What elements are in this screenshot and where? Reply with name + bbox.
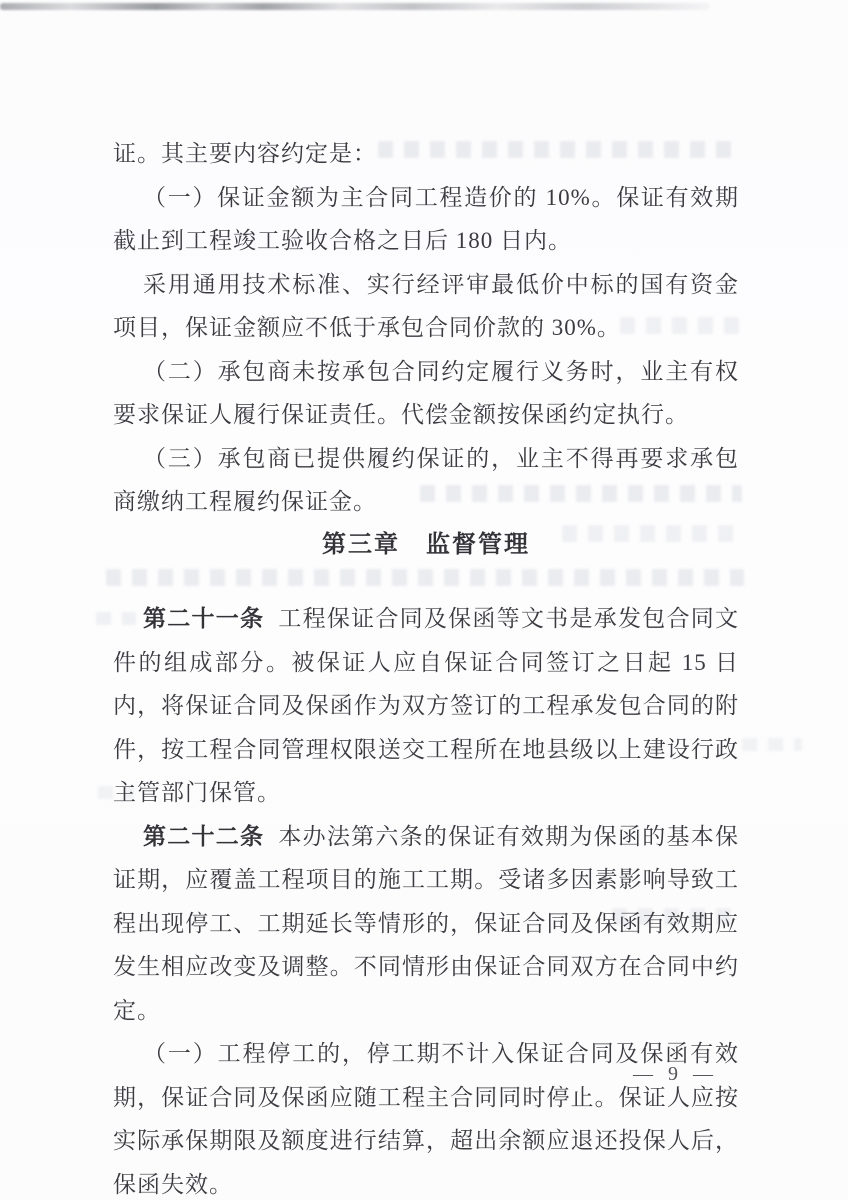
article-number-22: 第二十二条 <box>143 824 264 849</box>
clause-item-4: （三）承包商已提供履约保证的，业主不得再要求承包商缴纳工程履约保证金。 <box>113 437 739 524</box>
scan-smudge-artifact <box>0 3 710 10</box>
chapter-heading: 第三章 监督管理 <box>113 524 739 568</box>
article-number-21: 第二十一条 <box>143 606 264 631</box>
clause-item-3: （二）承包商未按承包合同约定履行义务时，业主有权要求保证人履行保证责任。代偿金额… <box>113 350 739 437</box>
lead-paragraph: 证。其主要内容约定是： <box>113 132 739 176</box>
article-paragraph-21: 第二十一条工程保证合同及保函等文书是承发包合同文件的组成部分。被保证人应自保证合… <box>113 597 739 815</box>
article-text-22: 本办法第六条的保证有效期为保函的基本保证期，应覆盖工程项目的施工工期。受诸多因素… <box>113 824 739 1023</box>
document-text-block: 证。其主要内容约定是： （一）保证金额为主合同工程造价的 10%。保证有效期截止… <box>113 132 739 1200</box>
article-text-21: 工程保证合同及保函等文书是承发包合同文件的组成部分。被保证人应自保证合同签订之日… <box>113 606 739 805</box>
clause-item-2: 采用通用技术标准、实行经评审最低价中标的国有资金项目，保证金额应不低于承包合同价… <box>113 263 739 350</box>
article-paragraph-22: 第二十二条本办法第六条的保证有效期为保函的基本保证期，应覆盖工程项目的施工工期。… <box>113 815 739 1033</box>
sub-clause-paragraph: （一）工程停工的，停工期不计入保证合同及保函有效期，保证合同及保函应随工程主合同… <box>113 1032 739 1200</box>
clause-item-1: （一）保证金额为主合同工程造价的 10%。保证有效期截止到工程竣工验收合格之日后… <box>113 176 739 263</box>
bleed-through-artifact <box>742 738 802 751</box>
page-number: — 9 — <box>633 1063 743 1086</box>
